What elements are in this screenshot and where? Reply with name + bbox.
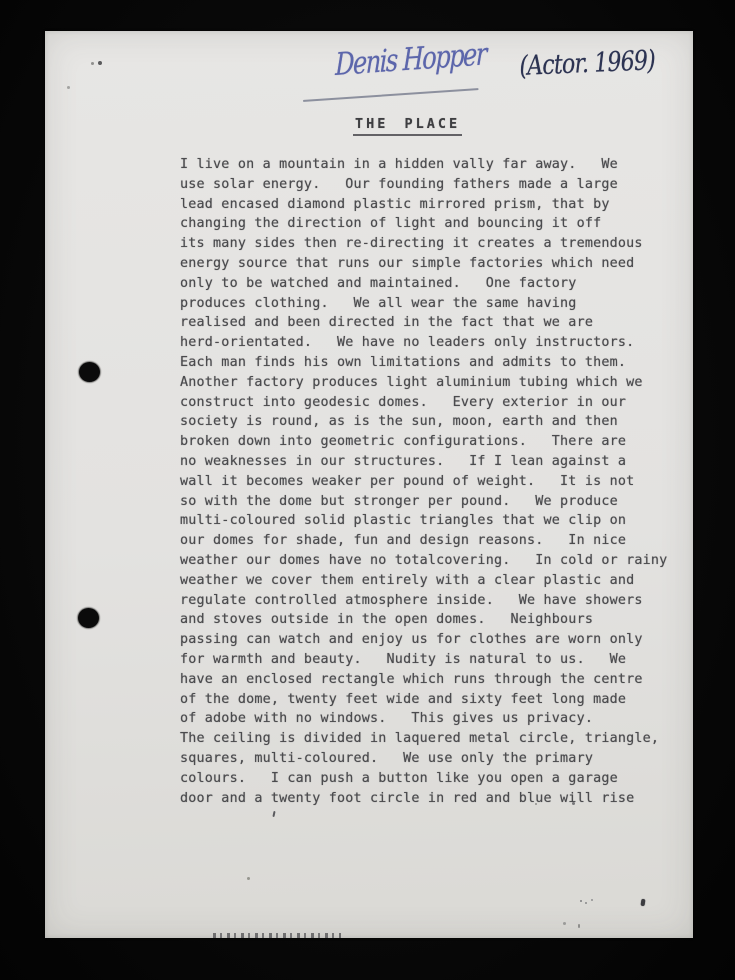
typescript-line: regulate controlled atmosphere inside. W… bbox=[180, 591, 680, 611]
pencil-underline bbox=[303, 88, 479, 102]
dust-speck bbox=[591, 899, 593, 901]
stray-type-mark bbox=[272, 811, 275, 817]
typescript-line: of adobe with no windows. This gives us … bbox=[180, 709, 680, 729]
photo-background: Denis Hopper (Actor. 1969) THE PLACE I l… bbox=[0, 0, 735, 980]
punch-hole-bottom bbox=[78, 608, 99, 628]
punch-hole-top bbox=[79, 362, 100, 382]
dust-speck bbox=[580, 900, 582, 902]
typescript-line: multi-coloured solid plastic triangles t… bbox=[180, 511, 680, 531]
title-row: THE PLACE bbox=[353, 113, 462, 132]
typescript-line: no weaknesses in our structures. If I le… bbox=[180, 452, 680, 472]
typescript-line: society is round, as is the sun, moon, e… bbox=[180, 412, 680, 432]
dust-speck bbox=[98, 61, 102, 65]
typescript-body: I live on a mountain in a hidden vally f… bbox=[180, 155, 680, 808]
typescript-line: and stoves outside in the open domes. Ne… bbox=[180, 610, 680, 630]
typescript-line: energy source that runs our simple facto… bbox=[180, 254, 680, 274]
typescript-line: colours. I can push a button like you op… bbox=[180, 769, 680, 789]
dust-speck bbox=[585, 902, 587, 904]
typescript-line: door and a twenty foot circle in red and… bbox=[180, 789, 680, 809]
typescript-line: changing the direction of light and boun… bbox=[180, 214, 680, 234]
dust-speck bbox=[67, 86, 70, 89]
typescript-line: produces clothing. We all wear the same … bbox=[180, 294, 680, 314]
typescript-line: weather our domes have no totalcovering.… bbox=[180, 551, 680, 571]
typescript-line: I live on a mountain in a hidden vally f… bbox=[180, 155, 680, 175]
typescript-line: Another factory produces light aluminium… bbox=[180, 373, 680, 393]
typescript-line: broken down into geometric configuration… bbox=[180, 432, 680, 452]
typescript-line: of the dome, twenty feet wide and sixty … bbox=[180, 690, 680, 710]
typescript-line: weather we cover them entirely with a cl… bbox=[180, 571, 680, 591]
typescript-line: wall it becomes weaker per pound of weig… bbox=[180, 472, 680, 492]
typescript-line: construct into geodesic domes. Every ext… bbox=[180, 393, 680, 413]
typescript-line: passing can watch and enjoy us for cloth… bbox=[180, 630, 680, 650]
handwritten-attribution: (Actor. 1969) bbox=[518, 45, 655, 82]
typescript-line: its many sides then re-directing it crea… bbox=[180, 234, 680, 254]
dust-speck bbox=[535, 803, 537, 805]
handwritten-annotation: Denis Hopper (Actor. 1969) bbox=[335, 47, 685, 83]
dust-speck bbox=[247, 877, 250, 880]
ink-mark bbox=[641, 899, 646, 906]
typescript-line: The ceiling is divided in laquered metal… bbox=[180, 729, 680, 749]
dust-speck bbox=[578, 924, 580, 928]
typescript-page: Denis Hopper (Actor. 1969) THE PLACE I l… bbox=[45, 31, 693, 938]
typescript-line: have an enclosed rectangle which runs th… bbox=[180, 670, 680, 690]
typescript-line: only to be watched and maintained. One f… bbox=[180, 274, 680, 294]
typescript-line: for warmth and beauty. Nudity is natural… bbox=[180, 650, 680, 670]
typescript-line: lead encased diamond plastic mirrored pr… bbox=[180, 195, 680, 215]
dust-speck bbox=[572, 802, 575, 805]
dust-speck bbox=[91, 62, 94, 65]
typescript-line: use solar energy. Our founding fathers m… bbox=[180, 175, 680, 195]
typescript-line: Each man finds his own limitations and a… bbox=[180, 353, 680, 373]
typescript-line: our domes for shade, fun and design reas… bbox=[180, 531, 680, 551]
typescript-line: squares, multi-coloured. We use only the… bbox=[180, 749, 680, 769]
typescript-line: realised and been directed in the fact t… bbox=[180, 313, 680, 333]
document-title: THE PLACE bbox=[353, 116, 462, 136]
dust-speck bbox=[563, 922, 566, 925]
typescript-line: so with the dome but stronger per pound.… bbox=[180, 492, 680, 512]
handwritten-name: Denis Hopper bbox=[335, 36, 486, 83]
typescript-line: herd-orientated. We have no leaders only… bbox=[180, 333, 680, 353]
clipped-text-at-page-edge bbox=[213, 933, 341, 938]
